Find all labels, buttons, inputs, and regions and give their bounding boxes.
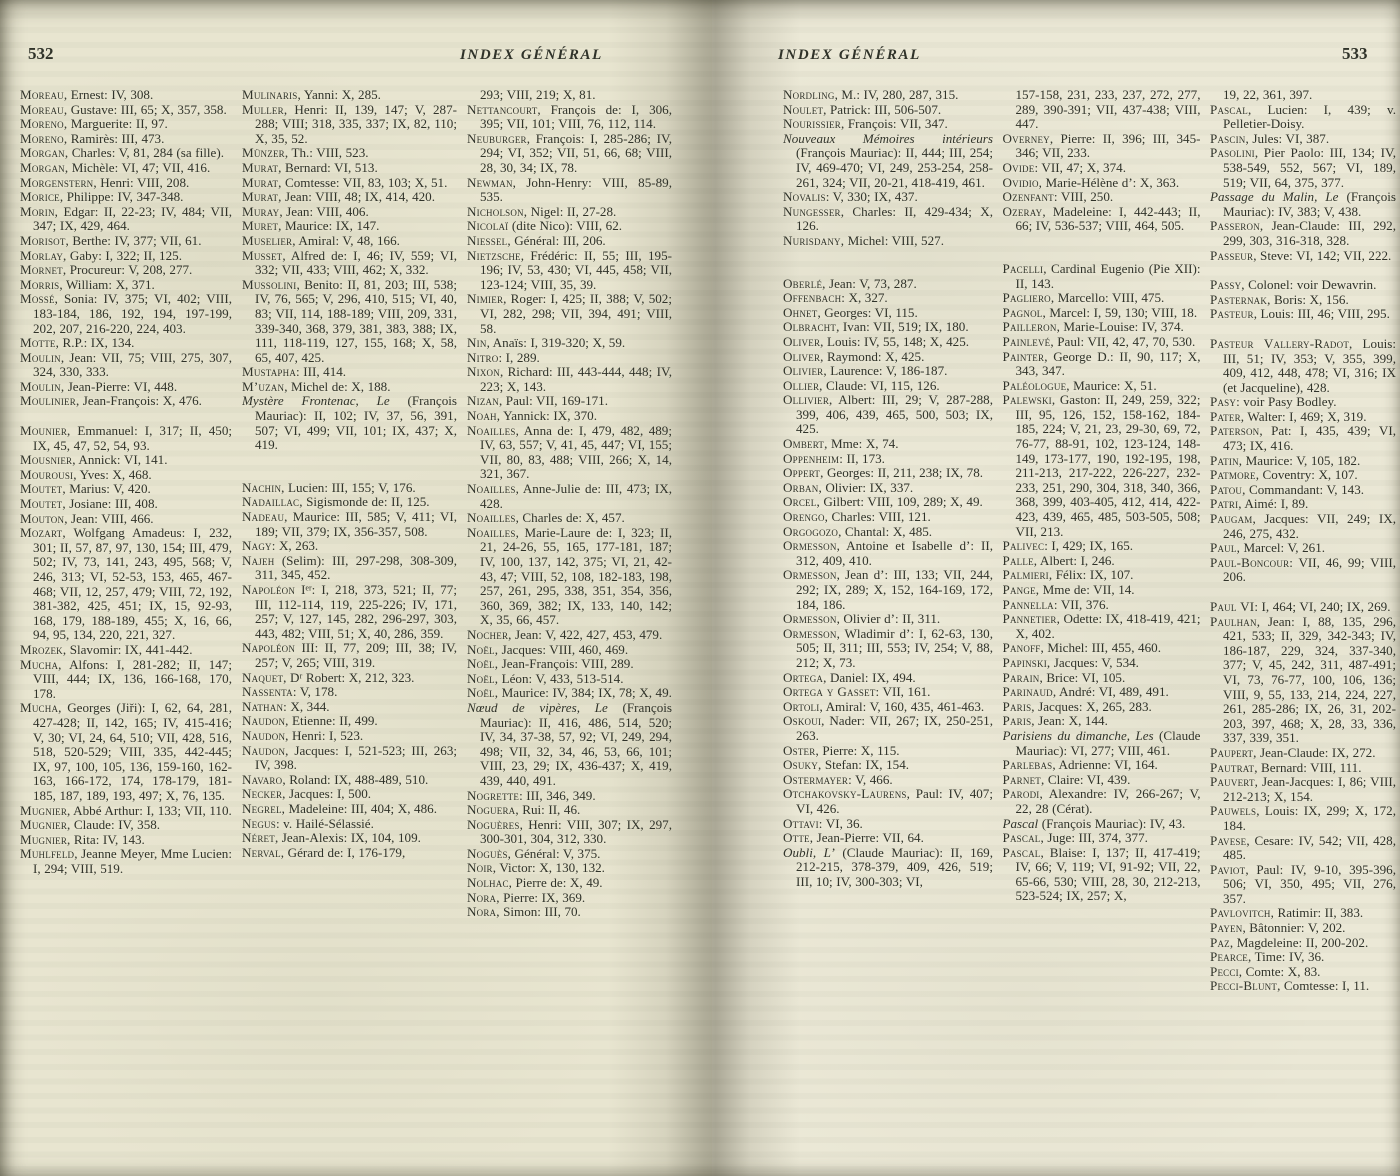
entry-references: , Madeleine: I, 442-443; II, 66; IV, 536… <box>1016 204 1201 234</box>
entry-references: , Laurence: V, 186-187. <box>823 363 947 378</box>
index-entry: Noël, Léon: V, 433, 513-514. <box>467 672 672 687</box>
entry-references: , Gaby: I, 322; II, 125. <box>63 248 182 263</box>
entry-references: , Albert: I, 246. <box>1034 553 1115 568</box>
entry-references: , Alexandre: IV, 266-267; V, 22, 28 (Cér… <box>1016 786 1201 816</box>
index-entry: Pasternak, Boris: X, 156. <box>1210 293 1396 308</box>
index-column: 157-158, 231, 233, 237, 272, 277, 289, 3… <box>1003 88 1201 1170</box>
entry-references: , Jean: X, 144. <box>1031 713 1108 728</box>
entry-surname: Nachin <box>242 480 281 495</box>
index-entry: Nolhac, Pierre de: X, 49. <box>467 876 672 891</box>
entry-surname: Muhlfeld <box>20 846 74 861</box>
entry-surname: Ottavi <box>783 816 819 831</box>
index-entry: Passy, Colonel: voir Dewavrin. <box>1210 278 1396 293</box>
index-entry: Nourissier, François: VII, 347. <box>783 117 993 132</box>
entry-references: , Pierre: IX, 369. <box>496 890 585 905</box>
index-entry: Mozart, Wolfgang Amadeus: I, 232, 301; I… <box>20 526 232 643</box>
entry-surname: Mulinaris <box>242 88 297 102</box>
entry-references: , Jean-Pierre: VI, 448. <box>61 379 177 394</box>
entry-surname: Pascal <box>1003 845 1041 860</box>
entry-surname: Noguères <box>467 817 520 832</box>
entry-references: : VII, 47; X, 374. <box>1034 160 1126 175</box>
index-entry: Neuburger, François: I, 285-286; IV, 294… <box>467 132 672 176</box>
index-entry: Ollier, Claude: VI, 115, 126. <box>783 379 993 394</box>
left-running-head: INDEX GÉNÉRAL <box>460 47 603 64</box>
entry-book-title: Parisiens du dimanche, Les <box>1003 728 1154 743</box>
entry-references: , Claire: VI, 439. <box>1041 772 1130 787</box>
entry-surname: Noguès <box>467 846 508 861</box>
entry-references: , Raymond: X, 425. <box>820 349 924 364</box>
index-entry: Noguères, Henri: VIII, 307; IX, 297, 300… <box>467 818 672 847</box>
index-entry: Pater, Walter: I, 469; X, 319. <box>1210 410 1396 425</box>
entry-references: , Rita: IV, 143. <box>67 832 145 847</box>
index-entry: Pecci-Blunt, Comtesse: I, 11. <box>1210 979 1396 994</box>
entry-book-title: Pascal <box>1003 816 1039 831</box>
index-entry: Navaro, Roland: IX, 488-489, 510. <box>242 773 457 788</box>
index-entry: Pautrat, Bernard: VIII, 111. <box>1210 761 1396 776</box>
index-entry: Noël, Jean-François: VIII, 289. <box>467 657 672 672</box>
entry-surname: Olbracht <box>783 319 836 334</box>
entry-references: , Simon: III, 70. <box>496 904 581 919</box>
entry-surname: Murat <box>242 160 278 175</box>
entry-surname: Noailles <box>467 525 516 540</box>
index-entry: Nungesser, Charles: II, 429-434; X, 126. <box>783 205 993 234</box>
index-entry: Oliver, Raymond: X, 425. <box>783 350 993 365</box>
index-entry: Noël, Jacques: VIII, 460, 469. <box>467 643 672 658</box>
entry-references: , Paul: IV, 9-10, 395-396, 506; VI, 350,… <box>1223 862 1396 906</box>
entry-references: , Pierre de: X, 49. <box>509 875 603 890</box>
entry-surname: Ombert <box>783 436 824 451</box>
entry-surname: Negus <box>242 816 276 831</box>
index-entry-title: Nouveaux Mémoires intérieurs (François M… <box>783 132 993 190</box>
entry-surname: Ormesson <box>783 611 837 626</box>
entry-references: , Georges: II, 211, 238; IX, 78. <box>820 465 983 480</box>
entry-surname: Napoléon <box>242 640 295 655</box>
index-entry: Mucha, Georges (Jiři): I, 62, 64, 281, 4… <box>20 701 232 803</box>
entry-references: , Yves: X, 468. <box>73 467 151 482</box>
entry-references: , Gustave: III, 65; X, 357, 358. <box>64 102 227 117</box>
right-page-number: 533 <box>1342 44 1368 64</box>
entry-references: , Etienne: II, 499. <box>285 713 378 728</box>
entry-surname: Necker <box>242 786 282 801</box>
index-entry: Palewski, Gaston: II, 249, 259, 322; III… <box>1003 393 1201 539</box>
entry-surname: Mounier <box>20 423 67 438</box>
entry-surname: Orcel <box>783 494 816 509</box>
entry-references: , Michel: III, 455, 460. <box>1041 640 1161 655</box>
entry-book-title: Passage du Malin, Le <box>1210 189 1339 204</box>
entry-surname: Ortega <box>783 670 823 685</box>
index-entry-title: Passage du Malin, Le (François Mauriac):… <box>1210 190 1396 219</box>
index-entry-title: Nœud de vipères, Le (François Mauriac): … <box>467 701 672 789</box>
entry-surname: Mussolini <box>242 277 296 292</box>
entry-surname: Passeur <box>1210 248 1253 263</box>
index-entry-continuation: 19, 22, 361, 397. <box>1210 88 1396 103</box>
entry-surname: Muselier <box>242 233 292 248</box>
entry-references: , Dʳ Robert: X, 212, 323. <box>283 670 414 685</box>
entry-surname: Noël <box>467 671 495 686</box>
index-entry: Moreno, Ramirès: III, 473. <box>20 132 232 147</box>
index-entry-title: Mystère Frontenac, Le (François Mauriac)… <box>242 394 457 452</box>
entry-surname: Moreau <box>20 102 64 117</box>
entry-surname: Pagnol <box>1003 305 1043 320</box>
entry-references: , Louis: III, 46; VIII, 295. <box>1254 306 1390 321</box>
entry-references: , Anaïs: I, 319-320; X, 59. <box>487 335 626 350</box>
entry-surname: Ovide <box>1003 160 1035 175</box>
index-entry: Mossé, Sonia: IV, 375; VI, 402; VIII, 18… <box>20 292 232 336</box>
index-entry: Oster, Pierre: X, 115. <box>783 744 993 759</box>
entry-references: , Claude: IV, 358. <box>67 817 160 832</box>
entry-surname: Painter <box>1003 349 1045 364</box>
index-entry: Osuky, Stefan: IX, 154. <box>783 758 993 773</box>
index-entry: Muller, Henri: II, 139, 147; V, 287-288;… <box>242 103 457 147</box>
index-entry: Moreau, Ernest: IV, 308. <box>20 88 232 103</box>
entry-references: , Maurice: IV, 384; IX, 78; X, 49. <box>495 685 672 700</box>
index-entry: Muhlfeld, Jeanne Meyer, Mme Lucien: I, 2… <box>20 847 232 876</box>
entry-references: 293; VIII, 219; X, 81. <box>480 88 596 102</box>
index-entry: Mouton, Jean: VIII, 466. <box>20 512 232 527</box>
entry-surname: Nurisdany <box>783 233 841 248</box>
index-entry: Olivier, Laurence: V, 186-187. <box>783 364 993 379</box>
index-entry: Nitro: I, 289. <box>467 351 672 366</box>
entry-surname: Ozeray <box>1003 204 1043 219</box>
entry-surname: Mucha <box>20 657 58 672</box>
index-entry: Painlevé, Paul: VII, 42, 47, 70, 530. <box>1003 335 1201 350</box>
entry-surname: Pannella <box>1003 597 1054 612</box>
index-entry: Patou, Commandant: V, 143. <box>1210 483 1396 498</box>
index-entry: Passeur, Steve: VI, 142; VII, 222. <box>1210 249 1396 264</box>
entry-surname: Patin <box>1210 453 1239 468</box>
entry-surname: Nolhac <box>467 875 509 890</box>
entry-surname: Nourissier <box>783 116 841 131</box>
entry-references: , Roland: IX, 488-489, 510. <box>282 772 428 787</box>
entry-surname: Nicholson <box>467 204 524 219</box>
index-entry: Pauwels, Louis: IX, 299; X, 172, 184. <box>1210 804 1396 833</box>
entry-references: , Jean: V, 422, 427, 453, 479. <box>508 627 662 642</box>
index-entry: Palmieri, Félix: IX, 107. <box>1003 568 1201 583</box>
entry-surname: Muray <box>242 204 279 219</box>
entry-references: , Boris: X, 156. <box>1267 292 1349 307</box>
entry-surname: Mugnier <box>20 803 67 818</box>
entry-references: , Pierre: X, 115. <box>815 743 899 758</box>
entry-references: , Marie-Louise: IV, 374. <box>1057 319 1184 334</box>
entry-references: , Yanni: X, 285. <box>297 88 380 102</box>
index-entry: Pasteur Vallery-Radot, Louis: III, 51; I… <box>1210 337 1396 395</box>
index-entry: Nerval, Gérard de: I, 176-179, <box>242 846 457 861</box>
book-spread: 532 INDEX GÉNÉRAL INDEX GÉNÉRAL 533 More… <box>0 0 1400 1176</box>
entry-references: , Mme: X, 74. <box>824 436 898 451</box>
index-entry: Pascal, Lucien: I, 439; v. Pelletier-Doi… <box>1210 103 1396 132</box>
index-entry: Najeh (Selim): III, 297-298, 308-309, 31… <box>242 554 457 583</box>
entry-surname: Morisot <box>20 233 66 248</box>
entry-surname: Patmore <box>1210 467 1256 482</box>
index-entry: Parodi, Alexandre: IV, 266-267; V, 22, 2… <box>1003 787 1201 816</box>
index-entry: Ormesson, Antoine et Isabelle d’: II, 31… <box>783 539 993 568</box>
entry-surname: Mossé <box>20 291 55 306</box>
index-entry: Ohnet, Georges: VI, 115. <box>783 306 993 321</box>
entry-surname: Patou <box>1210 482 1242 497</box>
entry-references: , Edgar: II, 22-23; IV, 484; VII, 347; I… <box>33 204 232 234</box>
entry-references: , Wolfgang Amadeus: I, 232, 301; II, 57,… <box>33 525 232 642</box>
entry-references: , Charles: VIII, 121. <box>825 509 931 524</box>
entry-references: , M.: IV, 280, 287, 315. <box>835 88 959 102</box>
entry-references: , Michel: VIII, 527. <box>841 233 944 248</box>
entry-references: : I, 464; VI, 240; IX, 269. <box>1254 599 1390 614</box>
entry-references: , Th.: VIII, 523. <box>285 145 369 160</box>
index-entry: Murat, Bernard: VI, 513. <box>242 161 457 176</box>
entry-surname: Pasteur Vallery-Radot <box>1210 336 1349 351</box>
entry-surname: Overney <box>1003 131 1050 146</box>
entry-surname: Paz <box>1210 935 1230 950</box>
entry-surname: Naudon <box>242 713 285 728</box>
index-entry: Paugam, Jacques: VII, 249; IX, 246, 275,… <box>1210 512 1396 541</box>
entry-references: : V, 330; IX, 437. <box>826 189 918 204</box>
entry-references: , Marcello: VIII, 475. <box>1051 290 1164 305</box>
index-entry: Morice, Philippe: IV, 347-348. <box>20 190 232 205</box>
entry-references: , Jean-Alexis: IX, 104, 109. <box>275 830 421 845</box>
entry-references: , Henri: II, 139, 147; V, 287-288; VIII;… <box>255 102 457 146</box>
entry-surname: Muller <box>242 102 284 117</box>
entry-references: , Henri: VIII, 208. <box>93 175 189 190</box>
index-entry: Paléologue, Maurice: X, 51. <box>1003 379 1201 394</box>
left-page-number: 532 <box>28 44 54 64</box>
entry-surname: Münzer <box>242 145 285 160</box>
entry-references: : VIII, 250. <box>1054 189 1113 204</box>
index-entry: Muret, Maurice: IX, 147. <box>242 219 457 234</box>
entry-references: , Coventry: X, 107. <box>1256 467 1358 482</box>
index-entry: Mourousi, Yves: X, 468. <box>20 468 232 483</box>
entry-references: , Ratimir: II, 383. <box>1271 905 1364 920</box>
entry-surname: Novalis <box>783 189 826 204</box>
entry-references: , Blaise: I, 137; II, 417-419; IV, 66; V… <box>1016 845 1201 904</box>
entry-surname: Oskoui <box>783 713 821 728</box>
entry-references: , Abbé Arthur: I, 133; VII, 110. <box>67 803 232 818</box>
entry-surname: Pearce <box>1210 949 1248 964</box>
entry-references: , Lucien: I, 439; v. Pelletier-Doisy. <box>1223 102 1396 132</box>
entry-references: , Annick: VI, 141. <box>72 452 167 467</box>
entry-surname: Painlevé <box>1003 334 1051 349</box>
index-entry: Negrel, Madeleine: III, 404; X, 486. <box>242 802 457 817</box>
index-entry: Nogrette: III, 346, 349. <box>467 789 672 804</box>
entry-surname: Pavese <box>1210 833 1246 848</box>
entry-surname: Oliver <box>783 349 820 364</box>
entry-references: , Général: V, 375. <box>508 846 601 861</box>
entry-surname: Nordling <box>783 88 835 102</box>
entry-surname: Paris <box>1003 713 1032 728</box>
entry-references: , Richard: III, 443-444, 448; IV, 223; X… <box>480 364 672 394</box>
entry-references: , Maurice: V, 105, 182. <box>1239 453 1360 468</box>
index-column: Nordling, M.: IV, 280, 287, 315.Noulet, … <box>783 88 993 1170</box>
entry-surname: Otte <box>783 830 810 845</box>
entry-surname: Pauvert <box>1210 774 1255 789</box>
entry-references: , Jean: VIII, 406. <box>279 204 368 219</box>
entry-surname: Pautrat <box>1210 760 1254 775</box>
index-entry: Noguès, Général: V, 375. <box>467 847 672 862</box>
entry-surname: Murat <box>242 189 278 204</box>
index-entry: Morlay, Gaby: I, 322; II, 125. <box>20 249 232 264</box>
index-entry: Mugnier, Claude: IV, 358. <box>20 818 232 833</box>
index-entry: Pasolini, Pier Paolo: III, 134; IV, 538-… <box>1210 146 1396 190</box>
entry-surname: Nagy <box>242 538 272 553</box>
entry-references: : X, 263. <box>272 538 318 553</box>
entry-references: , André: VI, 489, 491. <box>1053 684 1169 699</box>
entry-surname: Noguera <box>467 802 515 817</box>
entry-references: , Adrienne: VI, 164. <box>1052 757 1157 772</box>
index-entry: Paris, Jacques: X, 265, 283. <box>1003 700 1201 715</box>
entry-surname: Osuky <box>783 757 818 772</box>
index-entry: Mounier, Emmanuel: I, 317; II, 450; IX, … <box>20 424 232 453</box>
entry-references: : X, 327. <box>841 290 887 305</box>
index-entry: Parain, Brice: VI, 105. <box>1003 671 1201 686</box>
entry-references: (François Mauriac): IV, 43. <box>1038 816 1185 831</box>
index-entry: Moulin, Jean: VII, 75; VIII, 275, 307, 3… <box>20 351 232 380</box>
index-entry: Oberlé, Jean: V, 73, 287. <box>783 277 993 292</box>
index-entry: Passeron, Jean-Claude: III, 292, 299, 30… <box>1210 219 1396 248</box>
index-entry: Parnet, Claire: VI, 439. <box>1003 773 1201 788</box>
index-entry: M’uzan, Michel de: X, 188. <box>242 380 457 395</box>
right-running-head: INDEX GÉNÉRAL <box>778 47 921 64</box>
entry-references: : VII, 376. <box>1054 597 1109 612</box>
entry-references: : VII, 161. <box>876 684 931 699</box>
entry-references: , R.P.: IX, 134. <box>56 335 135 350</box>
entry-references: (François Mauriac): II, 444; III, 254; I… <box>796 145 993 189</box>
index-entry: Paul-Boncour: VII, 46, 99; VIII, 206. <box>1210 556 1396 585</box>
entry-references: , Jacques: X, 265, 283. <box>1031 699 1151 714</box>
index-entry: Patri, Aimé: I, 89. <box>1210 497 1396 512</box>
entry-surname: Palivec <box>1003 538 1045 553</box>
index-entry: Olbracht, Ivan: VII, 519; IX, 180. <box>783 320 993 335</box>
index-entry: Nassenta: V, 178. <box>242 685 457 700</box>
entry-references: , Marguerite: II, 97. <box>64 116 168 131</box>
index-entry: Offenbach: X, 327. <box>783 291 993 306</box>
index-entry: Pascal, Juge: III, 374, 377. <box>1003 831 1201 846</box>
entry-surname: Passy <box>1210 277 1241 292</box>
entry-references: (dite Nico): VIII, 62. <box>508 218 622 233</box>
entry-references: , Georges (Jiři): I, 62, 64, 281, 427-42… <box>33 700 232 803</box>
index-entry: Ormesson, Jean d’: III, 133; VII, 244, 2… <box>783 568 993 612</box>
entry-references: , Jules: VI, 387. <box>1246 131 1330 146</box>
entry-references: , Procureur: V, 208, 277. <box>63 262 192 277</box>
entry-references: 157-158, 231, 233, 237, 272, 277, 289, 3… <box>1016 88 1201 131</box>
entry-references: , Jean-François: X, 476. <box>76 393 202 408</box>
entry-surname: Morris <box>20 277 59 292</box>
index-entry: Moreau, Gustave: III, 65; X, 357, 358. <box>20 103 232 118</box>
index-entry: Mustapha: III, 414. <box>242 365 457 380</box>
entry-surname: Noulet <box>783 102 823 117</box>
index-entry: Néret, Jean-Alexis: IX, 104, 109. <box>242 831 457 846</box>
index-entry: Moulin, Jean-Pierre: VI, 448. <box>20 380 232 395</box>
entry-surname: Nadeau <box>242 509 284 524</box>
index-entry: Palivec: I, 429; IX, 165. <box>1003 539 1201 554</box>
entry-surname: Ollivier <box>783 392 829 407</box>
entry-references: , Nigel: II, 27-28. <box>524 204 617 219</box>
entry-surname: Oster <box>783 743 815 758</box>
index-entry: Orgogozo, Chantal: X, 485. <box>783 525 993 540</box>
entry-references: , Olivier d’: II, 311. <box>837 611 941 626</box>
entry-references: , Marie-Laure de: I, 323; II, 21, 24-26,… <box>480 525 672 628</box>
entry-surname: Naudon <box>242 728 285 743</box>
entry-references: , Paul: VII, 169-171. <box>499 393 608 408</box>
entry-references: , Georges: VI, 115. <box>817 305 917 320</box>
entry-surname: Ollier <box>783 378 819 393</box>
index-entry: Motte, R.P.: IX, 134. <box>20 336 232 351</box>
entry-surname: Noailles <box>467 510 516 525</box>
index-entry: Pagnol, Marcel: I, 59, 130; VIII, 18. <box>1003 306 1201 321</box>
index-entry: Pasy: voir Pasy Bodley. <box>1210 395 1396 410</box>
index-entry: Nin, Anaïs: I, 319-320; X, 59. <box>467 336 672 351</box>
entry-surname: Nin <box>467 335 487 350</box>
entry-book-title: Mystère Frontenac, Le <box>242 393 390 408</box>
index-entry: Nimier, Roger: I, 425; II, 388; V, 502; … <box>467 292 672 336</box>
index-column: Mulinaris, Yanni: X, 285.Muller, Henri: … <box>242 88 457 1170</box>
entry-surname: Orgogozo <box>783 524 838 539</box>
entry-references: , Gérard de: I, 176-179, <box>281 845 405 860</box>
entry-references: , Jacques: I, 521-523; III, 263; IV, 398… <box>255 743 457 773</box>
entry-surname: Paul VI <box>1210 599 1254 614</box>
entry-references: : I, 429; IX, 165. <box>1044 538 1133 553</box>
index-entry: Oskoui, Nader: VII, 267; IX, 250-251, 26… <box>783 714 993 743</box>
index-entry: Oppert, Georges: II, 211, 238; IX, 78. <box>783 466 993 481</box>
entry-surname: Moulinier <box>20 393 76 408</box>
entry-surname: Pascal <box>1003 830 1041 845</box>
entry-surname: Orban <box>783 480 818 495</box>
entry-references: , Maurice: X, 51. <box>1066 378 1156 393</box>
entry-surname: Payen <box>1210 920 1242 935</box>
entry-surname: Navaro <box>242 772 282 787</box>
index-entry: Noguera, Rui: II, 46. <box>467 803 672 818</box>
entry-surname: Pecci-Blunt <box>1210 978 1277 993</box>
index-entry: Paupert, Jean-Claude: IX, 272. <box>1210 746 1396 761</box>
index-entry: Napoléon Iᵉʳ: I, 218, 373, 521; II, 77; … <box>242 583 457 641</box>
entry-surname: Mrozek <box>20 642 63 657</box>
entry-references: , Claude: VI, 115, 126. <box>819 378 940 393</box>
index-entry: Nizan, Paul: VII, 169-171. <box>467 394 672 409</box>
index-entry: Negus: v. Hailé-Sélassié. <box>242 817 457 832</box>
entry-references: , Chantal: X, 485. <box>838 524 932 539</box>
entry-surname: Noailles <box>467 423 516 438</box>
entry-references: , Jean-Claude: IX, 272. <box>1253 745 1375 760</box>
index-entry-continuation: 157-158, 231, 233, 237, 272, 277, 289, 3… <box>1003 88 1201 132</box>
entry-references: : V, 178. <box>293 684 338 699</box>
entry-surname: Pacelli <box>1003 261 1044 276</box>
entry-references: (Selim): III, 297-298, 308-309, 311, 345… <box>255 553 457 583</box>
entry-surname: Ortega y Gasset <box>783 684 876 699</box>
entry-surname: Ormesson <box>783 538 837 553</box>
entry-surname: Mouton <box>20 511 64 526</box>
index-entry: Morisot, Berthe: IV, 377; VII, 61. <box>20 234 232 249</box>
entry-references: , Magdeleine: II, 200-202. <box>1230 935 1368 950</box>
index-entry: Ollivier, Albert: III, 29; V, 287-288, 3… <box>783 393 993 437</box>
entry-references: , François: VII, 347. <box>841 116 948 131</box>
index-entry: Pecci, Comte: X, 83. <box>1210 965 1396 980</box>
entry-surname: Pascal <box>1210 102 1248 117</box>
entry-references: : I, 289. <box>498 350 539 365</box>
entry-references: , Stefan: IX, 154. <box>818 757 909 772</box>
index-entry: Mrozek, Slavomir: IX, 441-442. <box>20 643 232 658</box>
index-entry: Palle, Albert: I, 246. <box>1003 554 1201 569</box>
entry-references: , Cardinal Eugenio (Pie XII): II, 143. <box>1016 261 1201 291</box>
entry-references: , Victor: X, 130, 132. <box>493 860 605 875</box>
entry-references: , William: X, 371. <box>59 277 154 292</box>
entry-references: , Ramirès: III, 473. <box>64 131 165 146</box>
entry-surname: Najeh <box>242 553 274 568</box>
entry-surname: Oppenheim <box>783 451 839 466</box>
entry-surname: Papinski <box>1003 655 1047 670</box>
index-entry: Oppenheim: II, 173. <box>783 452 993 467</box>
index-entry: Ombert, Mme: X, 74. <box>783 437 993 452</box>
entry-surname: Pange <box>1003 582 1036 597</box>
entry-references: , Patrick: III, 506-507. <box>823 102 941 117</box>
index-entry: Pascal, Blaise: I, 137; II, 417-419; IV,… <box>1003 846 1201 904</box>
index-entry: Nora, Simon: III, 70. <box>467 905 672 920</box>
